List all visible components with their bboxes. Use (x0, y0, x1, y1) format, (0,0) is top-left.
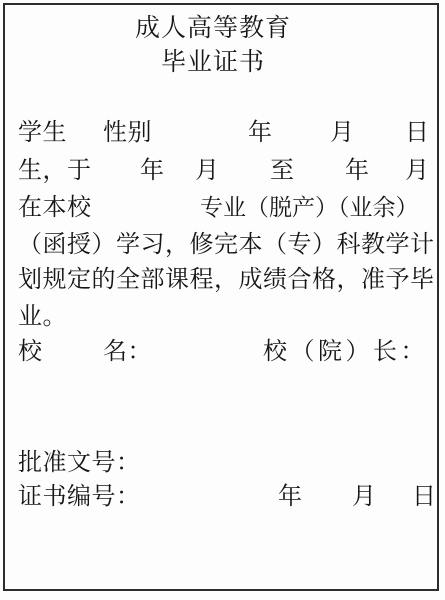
name-colon-label: 名： (103, 339, 152, 365)
certificate-title: 成人高等教育 (0, 14, 426, 43)
certificate-page: 成人高等教育 毕业证书 学生 性别 年 月 日 生，于 年 月 至 年 月 在本… (0, 0, 445, 600)
study-statement-text-3: 业。 (18, 304, 67, 330)
certificate-number-label: 证书编号： (18, 484, 141, 510)
approval-number-label: 批准文号： (18, 450, 141, 476)
end-month-label: 月 (405, 158, 430, 184)
study-statement-text-2: 划规定的全部课程，成绩合格，准予毕 (18, 267, 435, 293)
issue-day-label: 日 (412, 484, 437, 510)
principal-label: 校（院）长： (263, 339, 428, 365)
end-year-label: 年 (345, 158, 370, 184)
start-month-label: 月 (195, 158, 220, 184)
study-statement-text-1: （函授）学习，修完本（专）科教学计 (18, 232, 435, 258)
gender-label: 性别 (103, 120, 152, 146)
born-on-text: 生，于 (18, 158, 92, 184)
school-label: 校 (18, 339, 43, 365)
student-label: 学生 (18, 120, 67, 146)
issue-year-label: 年 (278, 484, 303, 510)
start-year-label: 年 (140, 158, 165, 184)
at-school-label: 在本校 (18, 195, 92, 221)
major-study-modes-text: 专业（脱产）（业余） (200, 195, 419, 220)
birth-year-label: 年 (248, 120, 273, 146)
issue-month-label: 月 (352, 484, 377, 510)
birth-month-label: 月 (330, 120, 355, 146)
birth-day-label: 日 (405, 120, 430, 146)
certificate-subtitle: 毕业证书 (0, 48, 426, 77)
to-label: 至 (270, 158, 295, 184)
